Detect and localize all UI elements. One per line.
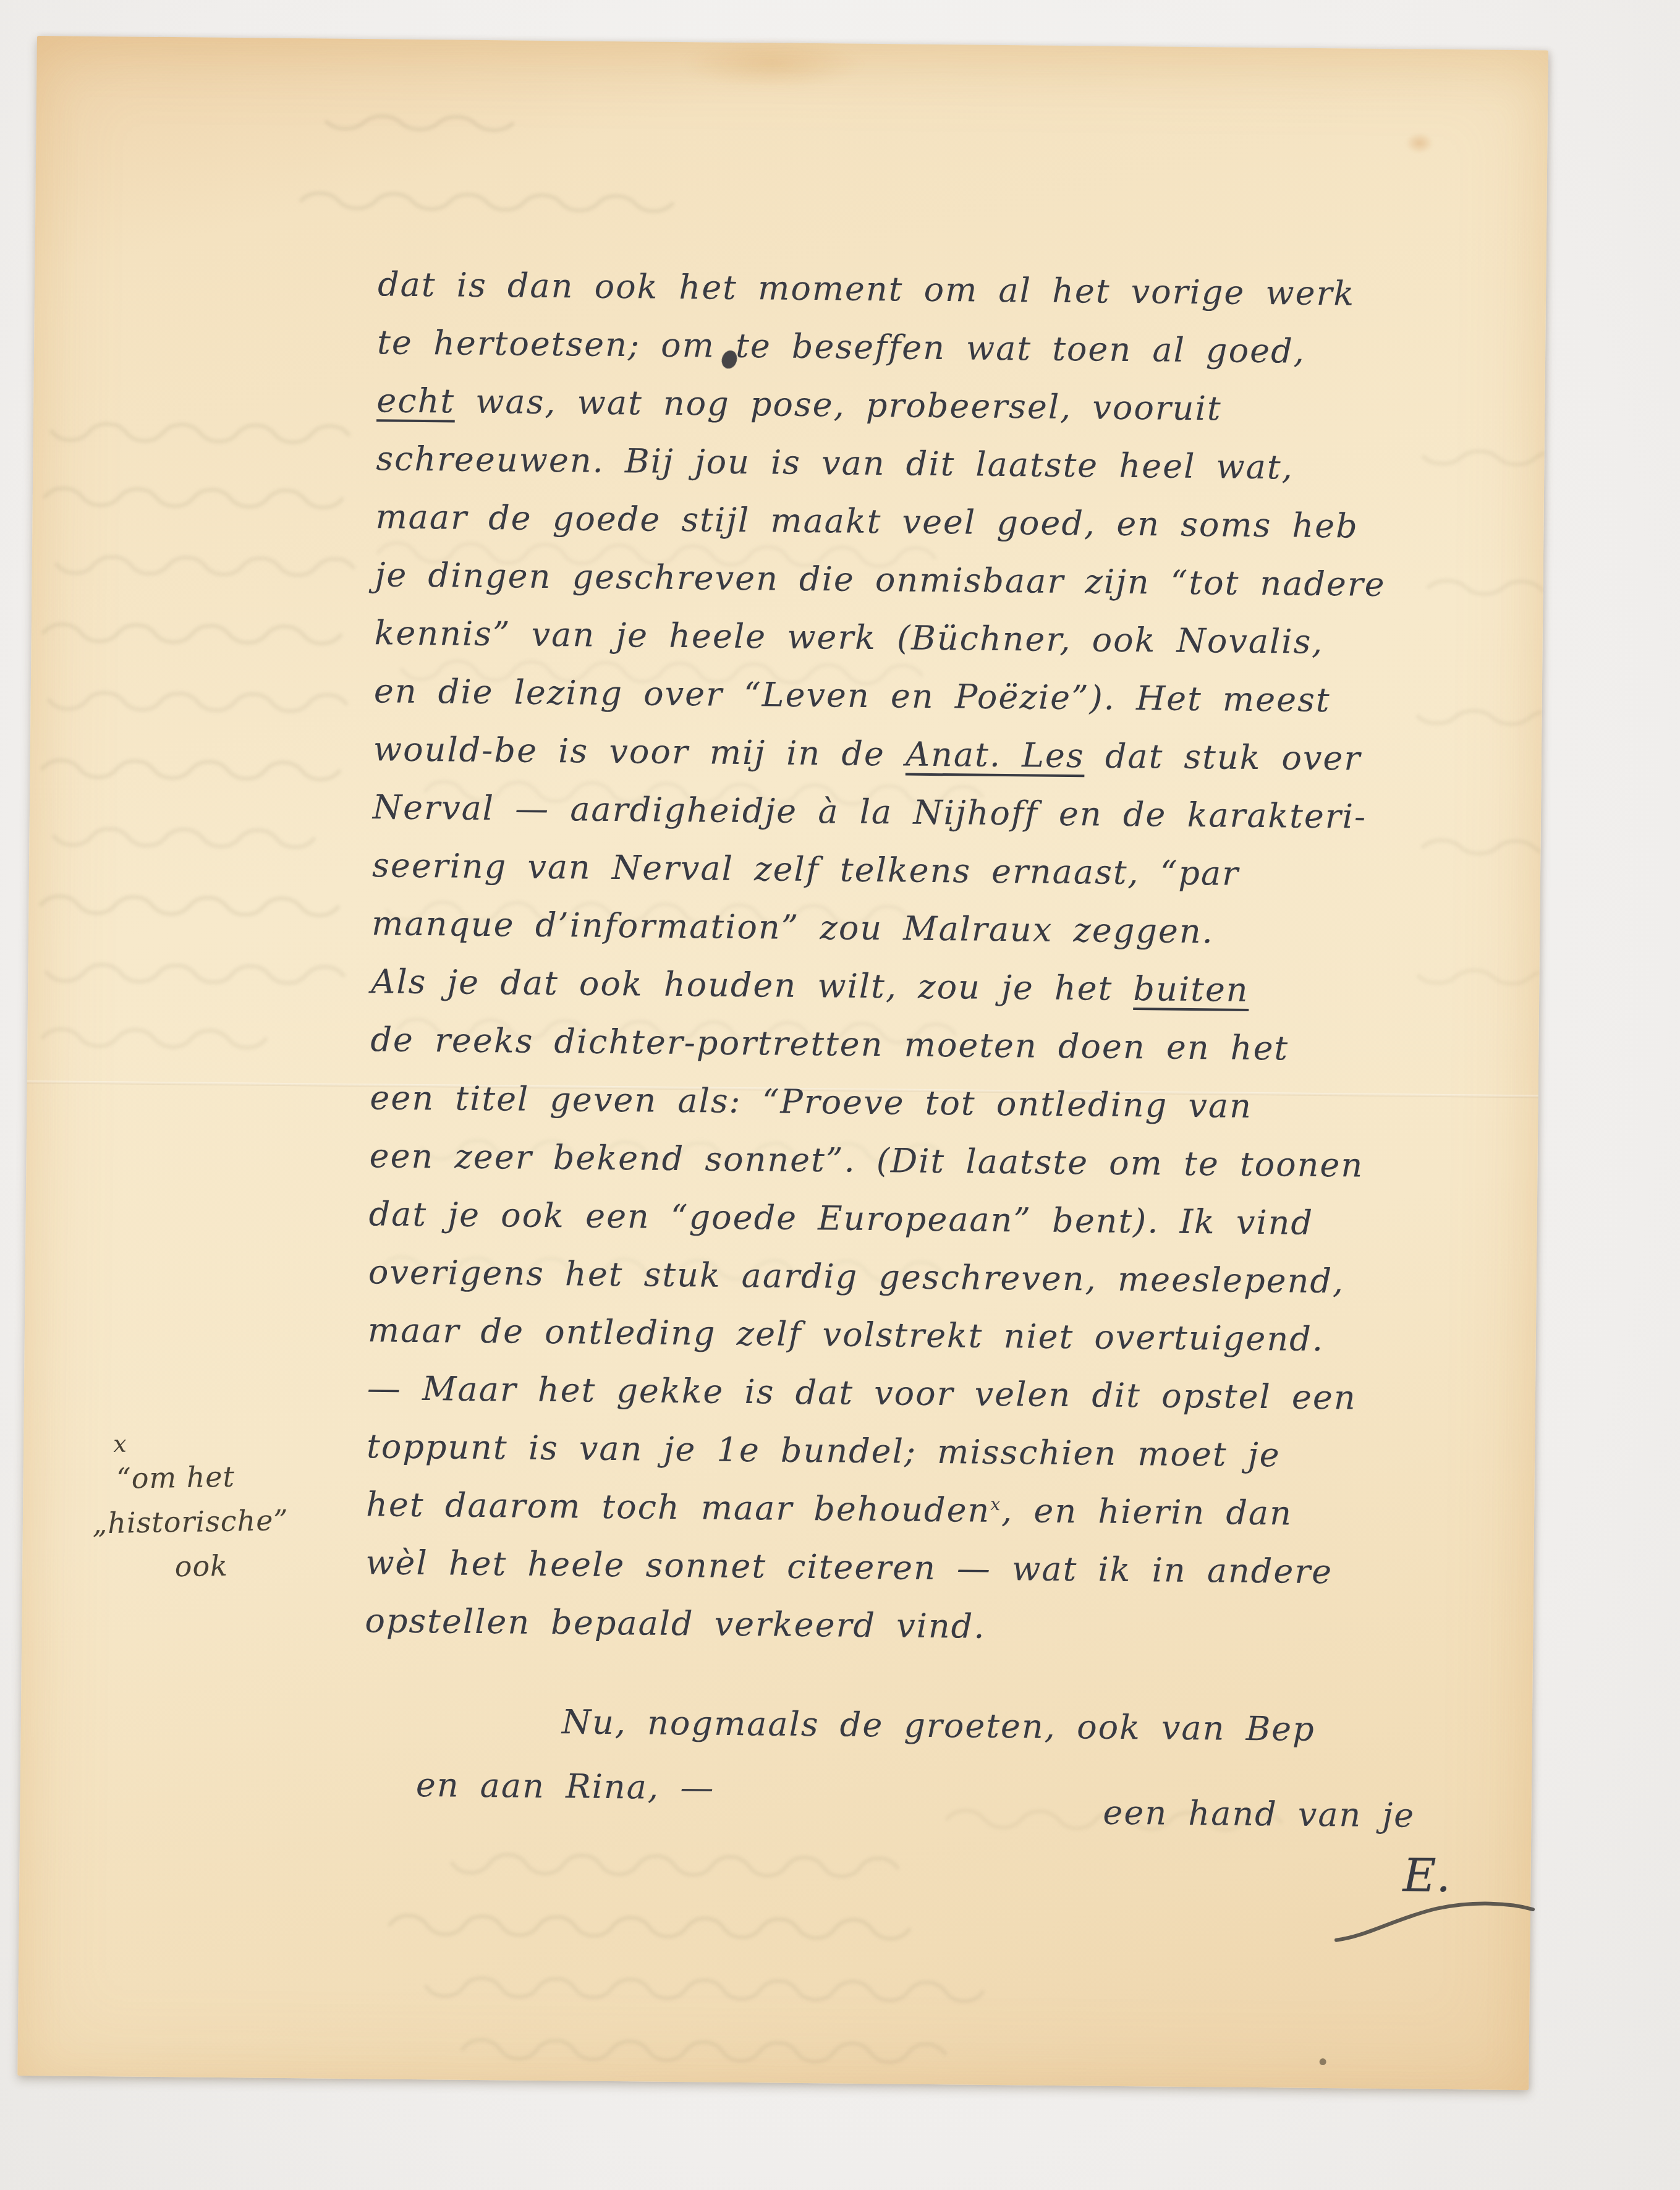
ink-speck (1320, 2058, 1326, 2065)
letter-line: je dingen geschreven die onmisbaar zijn … (375, 546, 1512, 615)
letter-line: seering van Nerval zelf telkens ernaast,… (372, 836, 1510, 906)
letter-line: kennis” van je heele werk (Büchner, ook … (374, 604, 1512, 673)
letter-line: dat is dan ook het moment om al het vori… (378, 255, 1516, 325)
letter-line: een zeer bekend sonnet”. (Dit laatste om… (369, 1127, 1507, 1196)
paper-stain (679, 37, 865, 91)
letter-line: schreeuwen. Bij jou is van dit laatste h… (376, 430, 1514, 499)
letter-line: toppunt is van je 1e bundel; misschien m… (367, 1417, 1504, 1487)
letter-page: dat is dan ook het moment om al het vori… (17, 36, 1548, 2090)
letter-line: echt was, wat nog pose, probeersel, voor… (376, 371, 1514, 441)
letter-line: wèl het heele sonnet citeeren — wat ik i… (365, 1534, 1503, 1603)
letter-line: te hertoetsen; om te beseffen wat toen a… (377, 313, 1515, 383)
margin-note-line: ook (174, 1541, 353, 1589)
margin-note-lines: “om het„historische”ook (91, 1453, 354, 1590)
signature-flourish (1328, 1893, 1540, 1951)
scanned-letter-photo: dat is dan ook het moment om al het vori… (0, 0, 1680, 2190)
letter-line: de reeks dichter-portretten moeten doen … (370, 1011, 1508, 1080)
margin-note-line: “om het (116, 1453, 352, 1501)
letter-line: would-be is voor mij in de Anat. Les dat… (373, 720, 1511, 789)
letter-line: overigens het stuk aardig geschreven, me… (368, 1243, 1506, 1312)
letter-line: een titel geven als: “Proeve tot ontledi… (370, 1069, 1508, 1138)
letter-line: maar de goede stijl maakt veel goed, en … (375, 488, 1513, 557)
letter-line: en die lezing over “Leven en Poëzie”). H… (373, 662, 1511, 731)
letter-line: Nerval — aardigheidje à la Nijhoff en de… (373, 778, 1511, 847)
margin-note-mark: x (113, 1428, 351, 1456)
closing-valediction: een hand van je (1103, 1793, 1415, 1835)
paper-stain (1405, 132, 1433, 153)
closing-greeting-line2: en aan Rina, — (416, 1765, 715, 1807)
letter-line: manque d’information” zou Malraux zeggen… (371, 894, 1509, 964)
letter-line: dat je ook een “goede Europeaan” bent). … (368, 1185, 1506, 1254)
signature-initial: E. (1402, 1849, 1451, 1903)
letter-line: het daarom toch maar behoudenx, en hieri… (366, 1475, 1504, 1545)
letter-body: dat is dan ook het moment om al het vori… (365, 255, 1516, 1661)
closing-greeting-line1: Nu, nogmaals de groeten, ook van Bep (562, 1702, 1316, 1749)
margin-note-line: „historische” (92, 1497, 352, 1546)
letter-line: maar de ontleding zelf volstrekt niet ov… (367, 1301, 1505, 1370)
letter-line: Als je dat ook houden wilt, zou je het b… (371, 953, 1509, 1022)
letter-line: opstellen bepaald verkeerd vind. (365, 1592, 1503, 1661)
letter-line: — Maar het gekke is dat voor velen dit o… (367, 1359, 1505, 1428)
margin-note: x “om het„historische”ook (91, 1428, 353, 1590)
